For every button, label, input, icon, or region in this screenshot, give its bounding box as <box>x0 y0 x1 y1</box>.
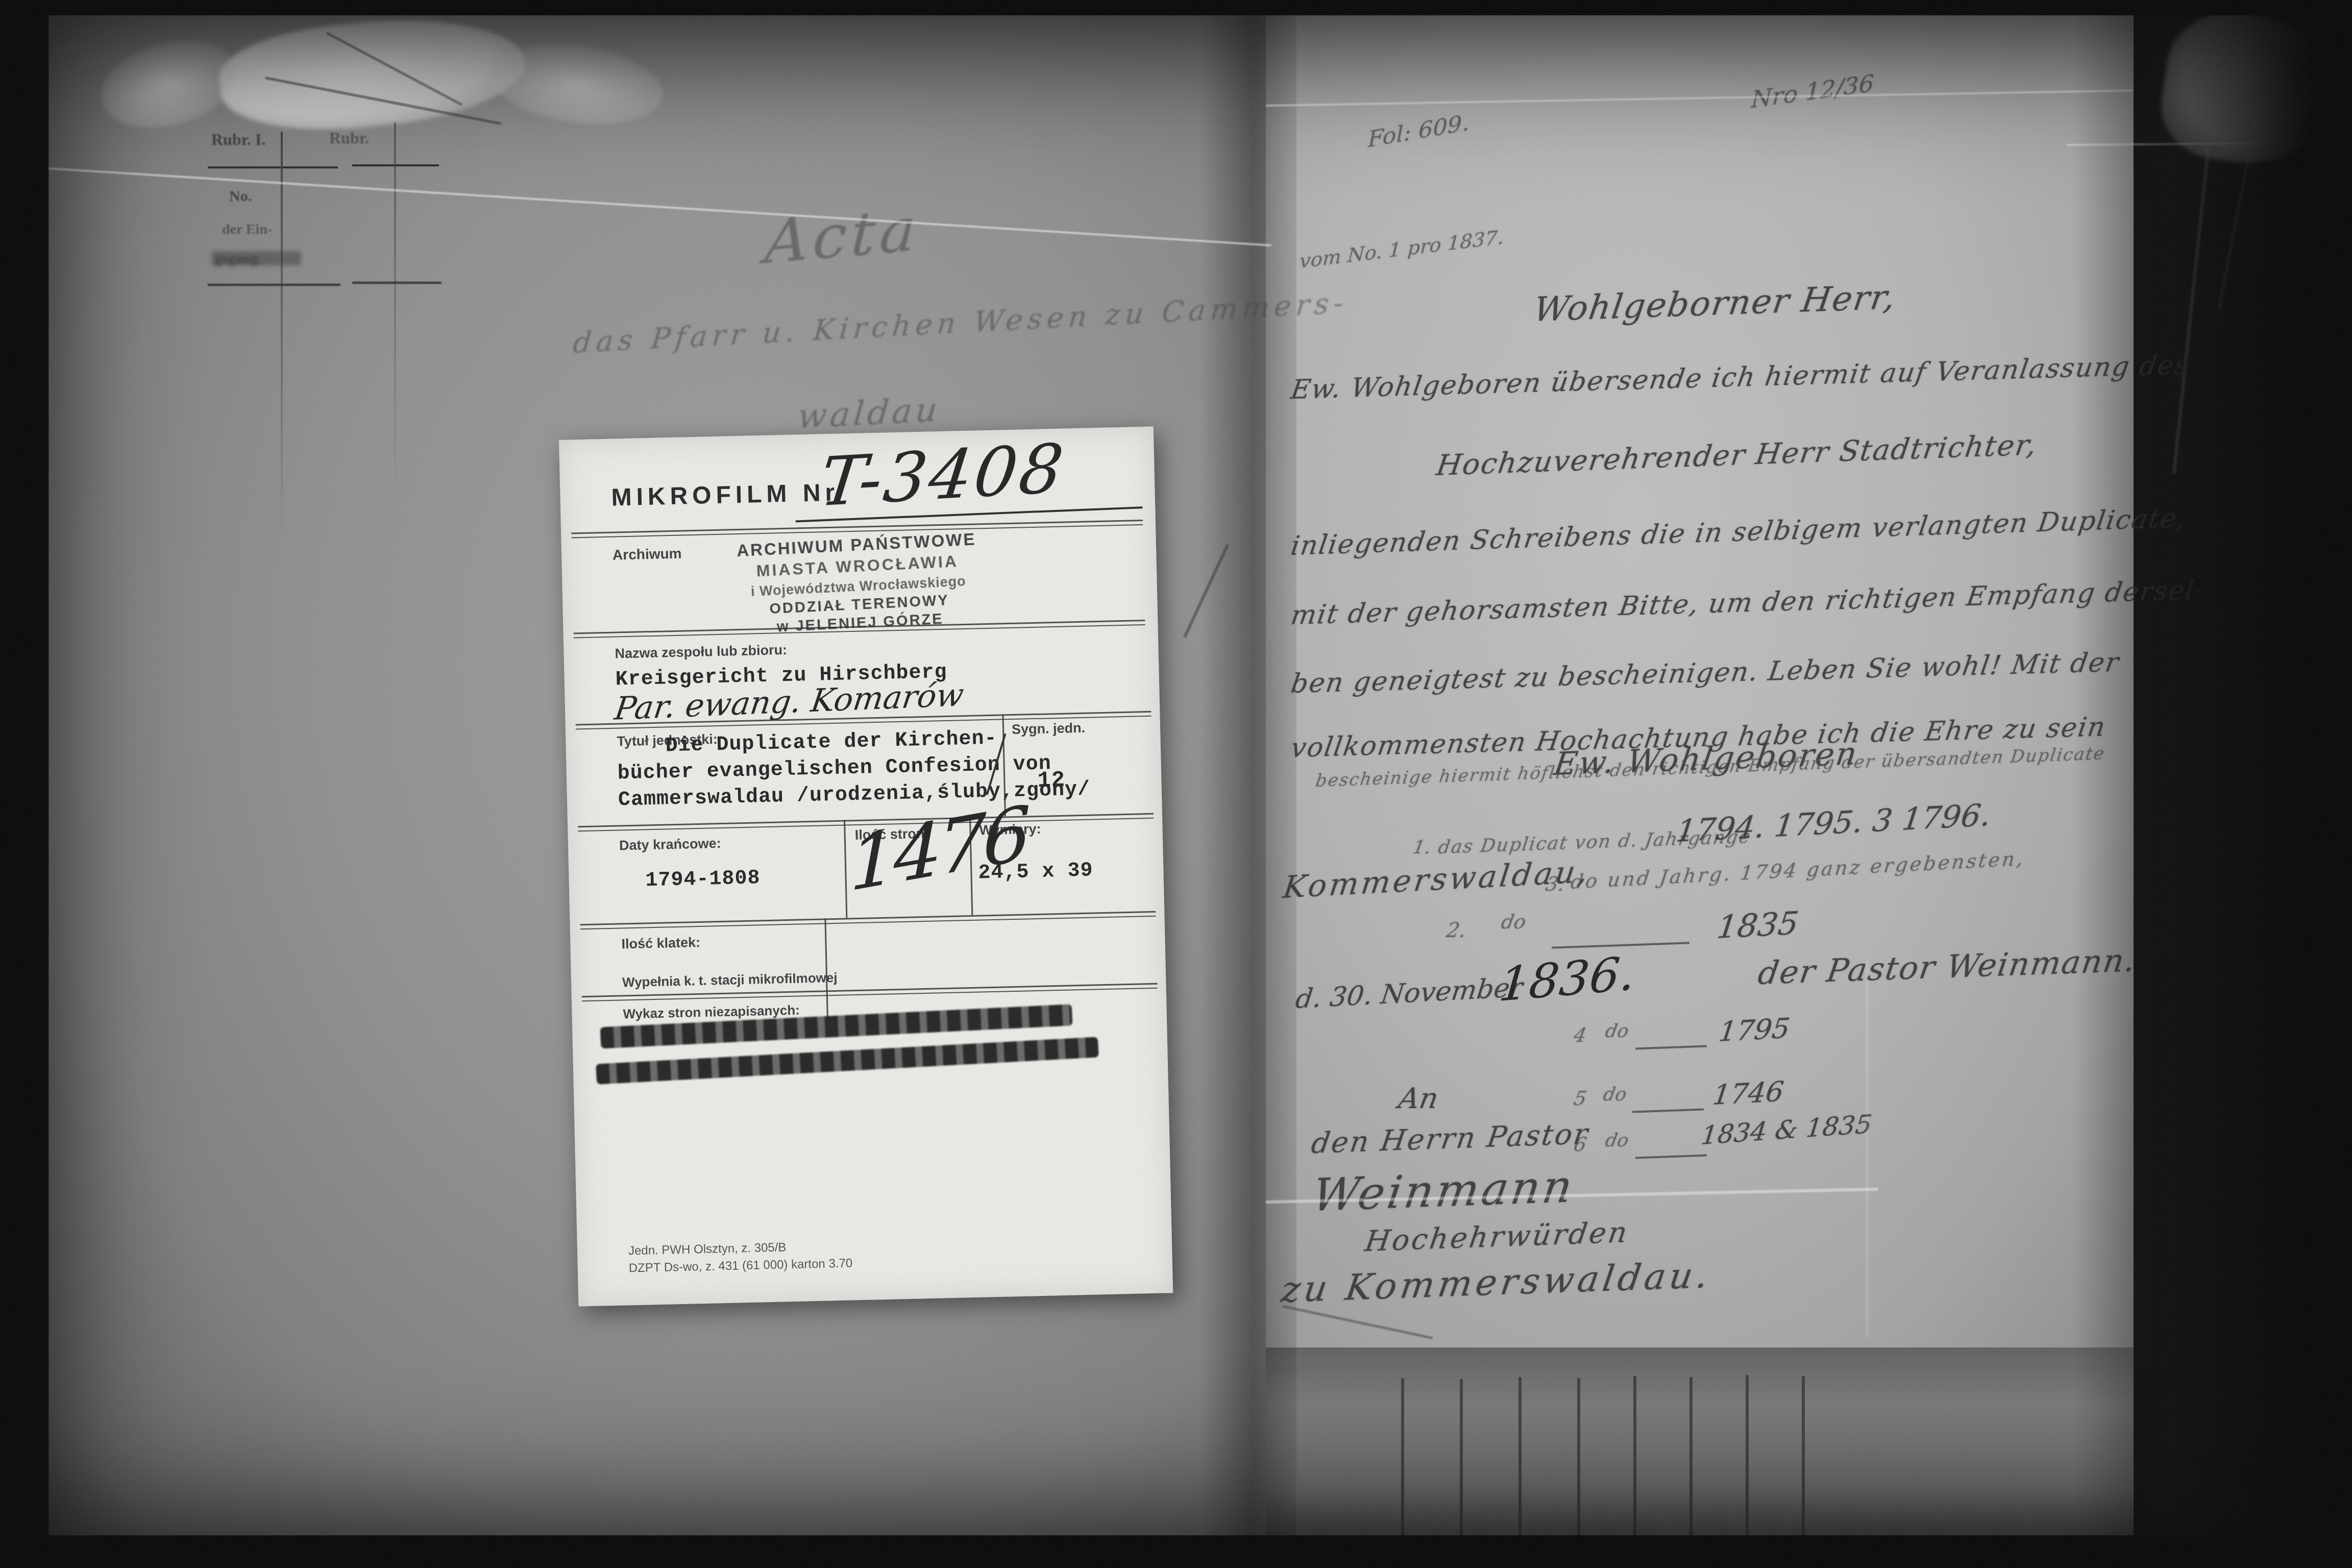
vignette-overlay <box>0 0 2352 1568</box>
microfilm-photograph: Rubr. I. Rubr. No. der Ein- gegang. Acta… <box>0 0 2352 1568</box>
